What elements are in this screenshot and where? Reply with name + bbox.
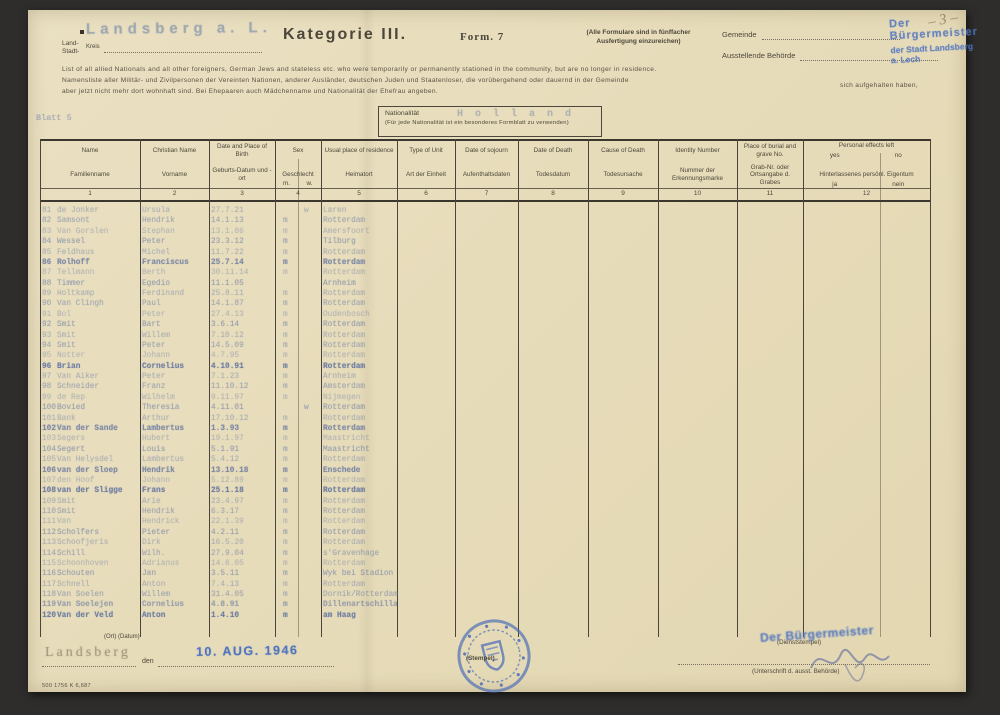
cell-first-name: Lambertus bbox=[142, 425, 184, 433]
row-number: 86 bbox=[42, 259, 56, 267]
cell-birth-date: 4.10.91 bbox=[211, 363, 244, 371]
column-subheader-w: w. bbox=[298, 179, 321, 188]
cell-residence: am Haag bbox=[323, 612, 356, 620]
data-table: NameFamilienname1Christian NameVorname2D… bbox=[40, 139, 930, 639]
column-number: 1 bbox=[40, 190, 140, 197]
cell-residence: Rotterdam bbox=[323, 581, 365, 589]
column-number: 12 bbox=[803, 190, 930, 197]
cell-surname: Timmer bbox=[57, 280, 85, 288]
cell-sex: m bbox=[283, 550, 288, 558]
cell-sex: m bbox=[283, 332, 288, 340]
copies-note-line1: (Alle Formulare sind in fünffacher bbox=[576, 29, 701, 36]
column-header-en: Date of Death bbox=[518, 140, 588, 162]
row-number: 107 bbox=[42, 477, 56, 485]
column-header-de: Grab-Nr. oder Ortsangabe d. Grabes bbox=[737, 163, 803, 187]
cell-residence: Rotterdam bbox=[323, 259, 365, 267]
cell-residence: Arnheim bbox=[323, 280, 356, 288]
cell-first-name: Cornelius bbox=[142, 601, 184, 609]
row-number: 114 bbox=[42, 550, 56, 558]
row-number: 116 bbox=[42, 570, 56, 578]
cell-sex: w bbox=[304, 404, 309, 412]
cell-surname: de Jonker bbox=[57, 207, 99, 215]
table-row: 120Van der VeldAnton1.4.10mam Haag bbox=[40, 612, 930, 622]
cell-first-name: Arthur bbox=[142, 415, 170, 423]
cell-residence: Rotterdam bbox=[323, 560, 365, 568]
cell-birth-date: 25.7.14 bbox=[211, 259, 244, 267]
column-header-de: Geburts-Datum und -ort bbox=[209, 163, 275, 187]
table-row: 112ScholfersPieter4.2.11mRotterdam bbox=[40, 529, 930, 539]
cell-surname: Schoofjeris bbox=[57, 539, 108, 547]
cell-birth-date: 9.11.97 bbox=[211, 394, 244, 402]
cell-first-name: Franz bbox=[142, 383, 165, 391]
cell-residence: Rotterdam bbox=[323, 456, 365, 464]
cell-birth-date: 17.10.12 bbox=[211, 415, 248, 423]
cell-birth-date: 5.1.91 bbox=[211, 446, 239, 454]
cell-first-name: Stephan bbox=[142, 228, 175, 236]
cell-residence: Rotterdam bbox=[323, 508, 365, 516]
cell-sex: m bbox=[283, 342, 288, 350]
cell-sex: m bbox=[283, 539, 288, 547]
row-number: 106 bbox=[42, 467, 56, 475]
table-row: 87TellmannBerth30.11.14mRotterdam bbox=[40, 269, 930, 279]
cell-birth-date: 19.1.97 bbox=[211, 435, 244, 443]
cell-first-name: Hendrik bbox=[142, 467, 175, 475]
row-number: 115 bbox=[42, 560, 56, 568]
cell-surname: Bovied bbox=[57, 404, 85, 412]
cell-sex: m bbox=[283, 601, 288, 609]
nationality-title: Nationalität bbox=[385, 110, 419, 117]
cell-sex: m bbox=[283, 581, 288, 589]
column-header-de: Nummer der Erkennungsmarke bbox=[658, 163, 737, 187]
cell-sex: m bbox=[283, 228, 288, 236]
cell-first-name: Cornelius bbox=[142, 363, 184, 371]
cell-first-name: Jan bbox=[142, 570, 156, 578]
row-number: 110 bbox=[42, 508, 56, 516]
cell-sex: m bbox=[283, 238, 288, 246]
cell-surname: Van Gorslen bbox=[57, 228, 108, 236]
cell-sex: m bbox=[283, 560, 288, 568]
cell-residence: Arnheim bbox=[323, 373, 356, 381]
row-number: 98 bbox=[42, 383, 56, 391]
cell-birth-date: 14.5.09 bbox=[211, 342, 244, 350]
cell-first-name: Wilhelm bbox=[142, 394, 175, 402]
row-number: 96 bbox=[42, 363, 56, 371]
table-row: 103SegersHubert19.1.97mMaastricht bbox=[40, 435, 930, 445]
column-header-en: Date of sojourn bbox=[455, 140, 518, 162]
stadt-label: Stadt- bbox=[62, 48, 79, 55]
cell-birth-date: 14.6.05 bbox=[211, 560, 244, 568]
cell-first-name: Frans bbox=[142, 487, 165, 495]
row-number: 113 bbox=[42, 539, 56, 547]
column-number: 7 bbox=[455, 190, 518, 197]
cell-first-name: Hendrik bbox=[142, 217, 175, 225]
cell-sex: m bbox=[283, 259, 288, 267]
table-number-row-top-line bbox=[40, 188, 930, 189]
cell-residence: Rotterdam bbox=[323, 300, 365, 308]
cell-surname: Wessel bbox=[57, 238, 85, 246]
cell-birth-date: 11.1.05 bbox=[211, 280, 244, 288]
cell-first-name: Berth bbox=[142, 269, 165, 277]
table-row: 81de JonkerUrsula27.7.21wLaren bbox=[40, 207, 930, 217]
cell-residence: Dornik/Rotterdam bbox=[323, 591, 398, 599]
cell-surname: Van der Veld bbox=[57, 612, 113, 620]
table-row: 84WesselPeter23.3.12mTilburg bbox=[40, 238, 930, 248]
cell-sex: m bbox=[283, 363, 288, 371]
row-number: 102 bbox=[42, 425, 56, 433]
table-row: 93SmitWillem7.10.12mRotterdam bbox=[40, 332, 930, 342]
copies-note-line2: Ausfertigung einzureichen) bbox=[576, 38, 701, 45]
cell-sex: m bbox=[283, 518, 288, 526]
intro-text-en: List of all allied Nationals and all oth… bbox=[62, 66, 657, 73]
cell-first-name: Peter bbox=[142, 373, 165, 381]
row-number: 112 bbox=[42, 529, 56, 537]
landsberg-top-stamp: Landsberg a. L. bbox=[86, 19, 272, 38]
cell-surname: Smit bbox=[57, 332, 76, 340]
blatt-number: Blatt 5 bbox=[36, 113, 72, 123]
cell-first-name: Anton bbox=[142, 612, 165, 620]
cell-birth-date: 4.7.95 bbox=[211, 352, 239, 360]
column-subheader-nein: nein bbox=[867, 180, 931, 189]
table-row: 106van der SloepHendrik13.10.18mEnschede bbox=[40, 467, 930, 477]
cell-sex: m bbox=[283, 269, 288, 277]
row-number: 94 bbox=[42, 342, 56, 350]
cell-first-name: Bart bbox=[142, 321, 161, 329]
table-row: 102Van der SandeLambertus1.3.93mRotterda… bbox=[40, 425, 930, 435]
column-header-de: Todesdatum bbox=[518, 163, 588, 187]
cell-sex: m bbox=[283, 425, 288, 433]
cell-birth-date: 22.1.39 bbox=[211, 518, 244, 526]
cell-sex: m bbox=[283, 249, 288, 257]
table-row: 96BrianCornelius4.10.91mRotterdam bbox=[40, 363, 930, 373]
column-number: 3 bbox=[209, 190, 275, 197]
cell-residence: Rotterdam bbox=[323, 269, 365, 277]
cell-surname: Schoonhoven bbox=[57, 560, 108, 568]
table-row: 113SchoofjerisDirk16.5.20mRotterdam bbox=[40, 539, 930, 549]
behoerde-label: Ausstellende Behörde bbox=[722, 51, 795, 60]
cell-birth-date: 5.12.89 bbox=[211, 477, 244, 485]
cell-first-name: Egedio bbox=[142, 280, 170, 288]
row-number: 93 bbox=[42, 332, 56, 340]
form-number: Form. 7 bbox=[460, 31, 504, 43]
cell-birth-date: 7.1.23 bbox=[211, 373, 239, 381]
cell-surname: Schneider bbox=[57, 383, 99, 391]
table-row: 97Van AikerPeter7.1.23mArnheim bbox=[40, 373, 930, 383]
cell-birth-date: 31.4.05 bbox=[211, 591, 244, 599]
cell-sex: m bbox=[283, 435, 288, 443]
cell-residence: Rotterdam bbox=[323, 290, 365, 298]
intro-text-de-1: Namensliste aller Militär- und Zivilpers… bbox=[62, 77, 629, 84]
row-number: 99 bbox=[42, 394, 56, 402]
cell-surname: Van Clingh bbox=[57, 300, 104, 308]
table-row: 86RolhoffFranciscus25.7.14mRotterdam bbox=[40, 259, 930, 269]
row-number: 119 bbox=[42, 601, 56, 609]
row-number: 89 bbox=[42, 290, 56, 298]
cell-first-name: Dirk bbox=[142, 539, 161, 547]
cell-surname: Holtkamp bbox=[57, 290, 94, 298]
cell-surname: Van bbox=[57, 518, 71, 526]
column-header-de: Heimatort bbox=[321, 163, 397, 187]
column-header-de: Aufenthaltsdaten bbox=[455, 163, 518, 187]
cell-residence: Rotterdam bbox=[323, 529, 365, 537]
cell-first-name: Louis bbox=[142, 446, 165, 454]
cell-birth-date: 30.11.14 bbox=[211, 269, 248, 277]
column-subheader-yes: yes bbox=[803, 151, 867, 161]
cell-surname: van der Sloep bbox=[57, 467, 118, 475]
cell-first-name: Willem bbox=[142, 332, 170, 340]
row-number: 118 bbox=[42, 591, 56, 599]
cell-surname: Van Soelejen bbox=[57, 601, 113, 609]
cell-surname: Smit bbox=[57, 321, 76, 329]
cell-birth-date: 25.8.11 bbox=[211, 290, 244, 298]
row-number: 84 bbox=[42, 238, 56, 246]
cell-residence: Rotterdam bbox=[323, 415, 365, 423]
table-row: 91BolPeter27.4.13mOudenbosch bbox=[40, 311, 930, 321]
table-row: 98SchneiderFranz11.10.12mAmsterdam bbox=[40, 383, 930, 393]
cell-first-name: Hendrick bbox=[142, 518, 179, 526]
cell-birth-date: 1.3.93 bbox=[211, 425, 239, 433]
cell-sex: m bbox=[283, 612, 288, 620]
cell-birth-date: 11.10.12 bbox=[211, 383, 248, 391]
cell-birth-date: 4.2.11 bbox=[211, 529, 239, 537]
cell-surname: Smit bbox=[57, 508, 76, 516]
gemeinde-label: Gemeinde bbox=[722, 30, 757, 39]
column-number: 5 bbox=[321, 190, 397, 197]
row-number: 87 bbox=[42, 269, 56, 277]
cell-first-name: Willem bbox=[142, 591, 170, 599]
cell-first-name: Peter bbox=[142, 311, 165, 319]
cell-surname: Rolhoff bbox=[57, 259, 90, 267]
table-row: 92SmitBart3.6.14mRotterdam bbox=[40, 321, 930, 331]
row-number: 90 bbox=[42, 300, 56, 308]
table-row: 119Van SoelejenCornelius4.8.91mDillenart… bbox=[40, 601, 930, 611]
column-header-en: Usual place of residence bbox=[321, 140, 397, 162]
cell-residence: Rotterdam bbox=[323, 539, 365, 547]
cell-residence: Rotterdam bbox=[323, 477, 365, 485]
cell-first-name: Johann bbox=[142, 477, 170, 485]
cell-residence: Rotterdam bbox=[323, 321, 365, 329]
cell-birth-date: 6.3.17 bbox=[211, 508, 239, 516]
cell-birth-date: 4.11.01 bbox=[211, 404, 244, 412]
row-number: 95 bbox=[42, 352, 56, 360]
cell-sex: m bbox=[283, 591, 288, 599]
cell-surname: Tellmann bbox=[57, 269, 94, 277]
cell-sex: m bbox=[283, 415, 288, 423]
cell-sex: m bbox=[283, 352, 288, 360]
table-row: 85FeldhausMichel11.7.22mRotterdam bbox=[40, 249, 930, 259]
row-number: 103 bbox=[42, 435, 56, 443]
scanned-document-screenshot: { "colors":{"paper":"#e8ddbd","print_ink… bbox=[0, 0, 1000, 715]
column-header-de: Familienname bbox=[40, 163, 140, 187]
table-row: 95NotterJohann4.7.95mRotterdam bbox=[40, 352, 930, 362]
cell-residence: Enschede bbox=[323, 467, 360, 475]
page-title: Kategorie III. bbox=[283, 26, 407, 44]
cell-residence: Dillenartschilla bbox=[323, 601, 398, 609]
cell-sex: m bbox=[283, 311, 288, 319]
row-number: 92 bbox=[42, 321, 56, 329]
intro-text-de-2: aber jetzt nicht mehr dort wohnhaft sind… bbox=[62, 88, 438, 95]
table-row: 109SmitArie23.4.97mRotterdam bbox=[40, 498, 930, 508]
table-rows: 81de JonkerUrsula27.7.21wLaren82SamsontH… bbox=[40, 207, 930, 637]
cell-first-name: Franciscus bbox=[142, 259, 189, 267]
cell-residence: Rotterdam bbox=[323, 332, 365, 340]
cell-surname: Bol bbox=[57, 311, 71, 319]
cell-birth-date: 27.9.04 bbox=[211, 550, 244, 558]
bullet-dot bbox=[80, 30, 84, 34]
row-number: 120 bbox=[42, 612, 56, 620]
cell-surname: Segert bbox=[57, 446, 85, 454]
cell-birth-date: 3.6.14 bbox=[211, 321, 239, 329]
cell-birth-date: 1.4.10 bbox=[211, 612, 239, 620]
cell-birth-date: 23.4.97 bbox=[211, 498, 244, 506]
table-row: 108van der SliggeFrans25.1.18mRotterdam bbox=[40, 487, 930, 497]
cell-residence: Rotterdam bbox=[323, 217, 365, 225]
buergermeister-top-stamp-line2: der Stadt Landsberg a. Lech bbox=[890, 41, 979, 66]
cell-residence: Maastricht bbox=[323, 435, 370, 443]
table-row: 117SchnellAnton7.4.13mRotterdam bbox=[40, 581, 930, 591]
kreis-fill-line bbox=[104, 44, 262, 53]
nationality-value: H o l l a n d bbox=[457, 109, 574, 120]
table-row: 116SchoutenJan3.5.11mWyk bei Stadion bbox=[40, 570, 930, 580]
column-number: 8 bbox=[518, 190, 588, 197]
cell-sex: m bbox=[283, 508, 288, 516]
column-number: 9 bbox=[588, 190, 658, 197]
row-number: 85 bbox=[42, 249, 56, 257]
table-row: 118Van SoelenWillem31.4.05mDornik/Rotter… bbox=[40, 591, 930, 601]
cell-sex: m bbox=[283, 477, 288, 485]
cell-residence: Rotterdam bbox=[323, 404, 365, 412]
cell-residence: Rotterdam bbox=[323, 518, 365, 526]
cell-residence: Rotterdam bbox=[323, 342, 365, 350]
cell-first-name: Paul bbox=[142, 300, 161, 308]
cell-sex: w bbox=[304, 207, 309, 215]
cell-first-name: Theresia bbox=[142, 404, 179, 412]
table-row: 82SamsontHendrik14.1.13mRotterdam bbox=[40, 217, 930, 227]
row-number: 83 bbox=[42, 228, 56, 236]
table-vline bbox=[930, 139, 931, 637]
cell-first-name: Wilh. bbox=[142, 550, 165, 558]
cell-residence: Oudenbosch bbox=[323, 311, 370, 319]
row-number: 108 bbox=[42, 487, 56, 495]
cell-first-name: Anton bbox=[142, 581, 165, 589]
nationality-box: Nationalität (Für jede Nationalität ist … bbox=[378, 106, 602, 137]
cell-sex: m bbox=[283, 394, 288, 402]
kreis-label: Kreis bbox=[86, 44, 100, 50]
cell-first-name: Pieter bbox=[142, 529, 170, 537]
column-subheader-ja: ja bbox=[803, 180, 867, 189]
table-row: 99de RepWilhelm9.11.97mNijmegen bbox=[40, 394, 930, 404]
cell-first-name: Michel bbox=[142, 249, 170, 257]
cell-first-name: Peter bbox=[142, 342, 165, 350]
row-number: 88 bbox=[42, 280, 56, 288]
cell-birth-date: 27.4.13 bbox=[211, 311, 244, 319]
column-subheader-m: m. bbox=[275, 179, 298, 188]
column-number: 10 bbox=[658, 190, 737, 197]
cell-sex: m bbox=[283, 290, 288, 298]
column-header-de: Vorname bbox=[140, 163, 209, 187]
cell-surname: Segers bbox=[57, 435, 85, 443]
cell-first-name: Peter bbox=[142, 238, 165, 246]
cell-residence: Rotterdam bbox=[323, 498, 365, 506]
cell-residence: Rotterdam bbox=[323, 425, 365, 433]
cell-sex: m bbox=[283, 529, 288, 537]
cell-residence: Tilburg bbox=[323, 238, 356, 246]
column-header-en: Identity Number bbox=[658, 140, 737, 162]
cell-residence: Wyk bei Stadion bbox=[323, 570, 393, 578]
cell-residence: Rotterdam bbox=[323, 249, 365, 257]
cell-sex: m bbox=[283, 321, 288, 329]
table-header-bottom-border bbox=[40, 200, 930, 202]
table-row: 111VanHendrick22.1.39mRotterdam bbox=[40, 518, 930, 528]
cell-surname: van der Sligge bbox=[57, 487, 123, 495]
cell-birth-date: 25.1.18 bbox=[211, 487, 244, 495]
cell-surname: Schnell bbox=[57, 581, 90, 589]
table-row: 110SmitHendrik6.3.17mRotterdam bbox=[40, 508, 930, 518]
column-header-en: Place of burial and grave No. bbox=[737, 140, 803, 162]
cell-birth-date: 16.5.20 bbox=[211, 539, 244, 547]
row-number: 111 bbox=[42, 518, 56, 526]
row-number: 81 bbox=[42, 207, 56, 215]
column-header-en: Cause of Death bbox=[588, 140, 658, 162]
column-header-en: Sex bbox=[275, 140, 321, 162]
column-header-en: Date and Place of Birth bbox=[209, 140, 275, 162]
table-row: 90Van ClinghPaul14.1.87mRotterdam bbox=[40, 300, 930, 310]
table-row: 88TimmerEgedio11.1.05Arnheim bbox=[40, 280, 930, 290]
column-header-en: Type of Unit bbox=[397, 140, 455, 162]
column-number: 11 bbox=[737, 190, 803, 197]
cell-surname: Schouten bbox=[57, 570, 94, 578]
column-header-de: Todesursache bbox=[588, 163, 658, 187]
cell-surname: Van Soelen bbox=[57, 591, 104, 599]
cell-surname: Van Aiker bbox=[57, 373, 99, 381]
cell-sex: m bbox=[283, 570, 288, 578]
cell-sex: m bbox=[283, 383, 288, 391]
cell-first-name: Arie bbox=[142, 498, 161, 506]
cell-birth-date: 14.1.13 bbox=[211, 217, 244, 225]
row-number: 105 bbox=[42, 456, 56, 464]
cell-sex: m bbox=[283, 446, 288, 454]
cell-residence: Laren bbox=[323, 207, 346, 215]
cell-sex: m bbox=[283, 300, 288, 308]
cell-birth-date: 7.10.12 bbox=[211, 332, 244, 340]
row-number: 97 bbox=[42, 373, 56, 381]
cell-residence: Rotterdam bbox=[323, 352, 365, 360]
cell-birth-date: 5.4.12 bbox=[211, 456, 239, 464]
cell-residence: Rotterdam bbox=[323, 363, 365, 371]
cell-birth-date: 27.7.21 bbox=[211, 207, 244, 215]
cell-sex: m bbox=[283, 456, 288, 464]
row-number: 82 bbox=[42, 217, 56, 225]
row-number: 104 bbox=[42, 446, 56, 454]
column-header-en: Christian Name bbox=[140, 140, 209, 162]
cell-residence: Rotterdam bbox=[323, 487, 365, 495]
cell-surname: Notter bbox=[57, 352, 85, 360]
table-row: 114SchillWilh.27.9.04ms'Gravenhage bbox=[40, 550, 930, 560]
cell-surname: Brian bbox=[57, 363, 80, 371]
cell-residence: Nijmegen bbox=[323, 394, 360, 402]
cell-surname: Van der Sande bbox=[57, 425, 118, 433]
cell-residence: Maastricht bbox=[323, 446, 370, 454]
cell-birth-date: 14.1.87 bbox=[211, 300, 244, 308]
table-row: 105Van HelysdelLambertus5.4.12mRotterdam bbox=[40, 456, 930, 466]
cell-sex: m bbox=[283, 498, 288, 506]
cell-birth-date: 23.3.12 bbox=[211, 238, 244, 246]
intro-text-de-right: sich aufgehalten haben, bbox=[840, 82, 918, 89]
cell-birth-date: 7.4.13 bbox=[211, 581, 239, 589]
row-number: 109 bbox=[42, 498, 56, 506]
cell-birth-date: 3.5.11 bbox=[211, 570, 239, 578]
cell-sex: m bbox=[283, 373, 288, 381]
column-subheader-no: no bbox=[867, 151, 931, 161]
